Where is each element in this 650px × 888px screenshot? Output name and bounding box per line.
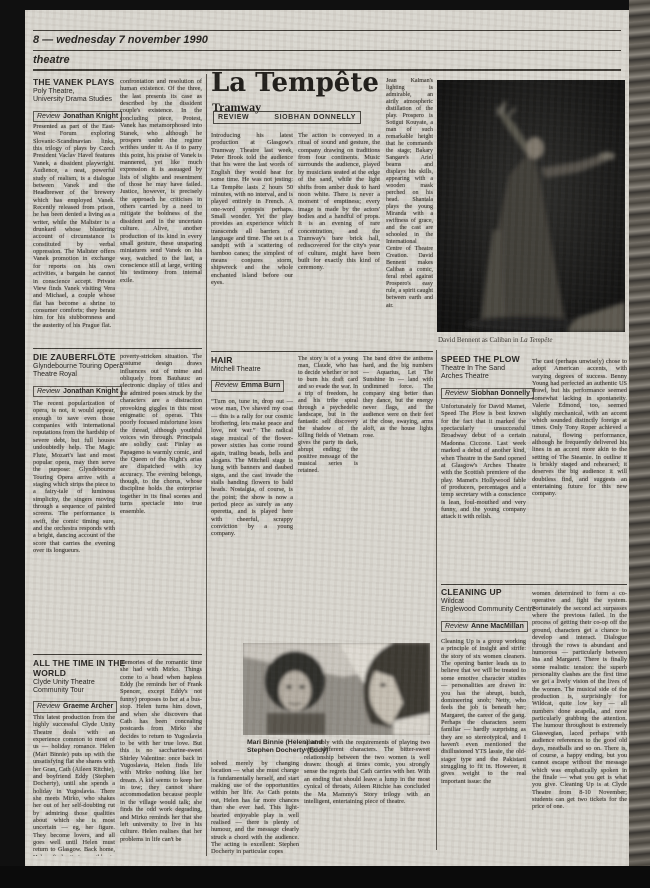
article-speed-column-2: The cast (perhaps unwisely) chose to ado…	[532, 358, 627, 581]
article-vanek-review-byline: ReviewJonathan Knight	[33, 111, 122, 123]
article-hair-column-1: “Turn on, tune in, drop out — wow man, I…	[211, 398, 293, 638]
article-tempete-column-2: The action is conveyed in a ritual of so…	[298, 132, 380, 342]
masthead-rule-top	[33, 30, 621, 31]
review-label: Review	[445, 390, 468, 397]
article-zauberflote-column-1: The recent popularization of opera, is n…	[33, 400, 115, 648]
reviewer-name: Graeme Archer	[63, 703, 113, 710]
column-divider	[436, 350, 437, 850]
article-alltime-column-4: admirably with the requirements of playi…	[304, 739, 430, 856]
reviewer-name: Emma Burn	[241, 382, 280, 389]
binnie-docherty-photo	[243, 643, 430, 735]
review-label: Review	[215, 382, 238, 389]
article-vanek-column-1: Presented as part of the East-West Forum…	[33, 123, 115, 345]
article-hair-column-3: The band drive the anthems hard, and the…	[363, 356, 433, 638]
reviewer-name: Jonathan Knight	[63, 113, 118, 120]
article-zauberflote-column-2: poverty-stricken situation. The costume …	[120, 353, 202, 648]
article-separator	[33, 348, 202, 349]
caption-title: La Tempête	[520, 336, 552, 344]
article-tempete-column-1: Introducing his latest production at Gla…	[211, 132, 293, 342]
review-label: Review	[37, 113, 60, 120]
article-alltime-column-1: This latest production from the highly s…	[33, 714, 115, 856]
article-cleaning-column-2: women determined to form a co-operative …	[532, 590, 627, 852]
article-speed-review-byline: ReviewSiobhan Donnelly	[441, 388, 534, 400]
article-speed-column-1: Unfortunately for David Mamet, Speed The…	[441, 403, 526, 581]
article-zauberflote-review-byline: ReviewJonathan Knight	[33, 386, 122, 398]
article-tempete-review-byline: REVIEW SIOBHAN DONNELLY	[213, 111, 361, 124]
article-cleaning-column-1: Cleaning Up is a group working a princip…	[441, 638, 526, 852]
article-cleaning-review-byline: ReviewAnne MacMillan	[441, 621, 528, 633]
review-label: REVIEW	[218, 114, 249, 121]
caliban-photo-caption: David Bennent as Caliban in La Tempête	[438, 336, 629, 344]
column-divider	[206, 74, 207, 856]
page-date: 8 — wednesday 7 november 1990	[33, 34, 208, 46]
section-label: theatre	[33, 54, 70, 66]
reviewer-name: Jonathan Knight	[63, 388, 118, 395]
article-separator	[211, 351, 433, 352]
article-hair-review-byline: ReviewEmma Burn	[211, 380, 284, 392]
caliban-photo	[437, 80, 625, 332]
reviewer-name: Siobhan Donnelly	[471, 390, 530, 397]
article-tempete-column-3: Jean Kalman's lighting is admirable, an …	[386, 78, 433, 328]
scan-edge-bottom	[0, 866, 650, 888]
review-label: Review	[37, 388, 60, 395]
masthead-rule-mid	[33, 50, 621, 51]
article-separator	[441, 584, 627, 585]
review-label: Review	[37, 703, 60, 710]
reviewer-name: SIOBHAN DONNELLY	[274, 114, 356, 121]
review-label: Review	[445, 623, 468, 630]
article-alltime-review-byline: ReviewGraeme Archer	[33, 701, 117, 713]
reviewer-name: Anne MacMillan	[471, 623, 524, 630]
newspaper-page: 8 — wednesday 7 november 1990 theatre TH…	[25, 10, 629, 866]
scan-edge-texture	[629, 0, 650, 888]
article-hair-column-2: The story is of a young man, Claude, who…	[298, 356, 358, 638]
caption-text: David Bennent as Caliban in	[438, 336, 520, 344]
article-alltime-column-3: solved merely by changing location — wha…	[211, 760, 299, 856]
scanned-newspaper-page: { "header": { "page_date": "8 — wednesda…	[0, 0, 650, 888]
article-vanek-column-2: confrontation and resolution of human ex…	[120, 78, 202, 345]
article-separator	[33, 654, 202, 655]
article-alltime-column-2: memories of the romantic time she had wi…	[120, 659, 202, 856]
article-tempete-title: La Tempête	[211, 70, 379, 96]
